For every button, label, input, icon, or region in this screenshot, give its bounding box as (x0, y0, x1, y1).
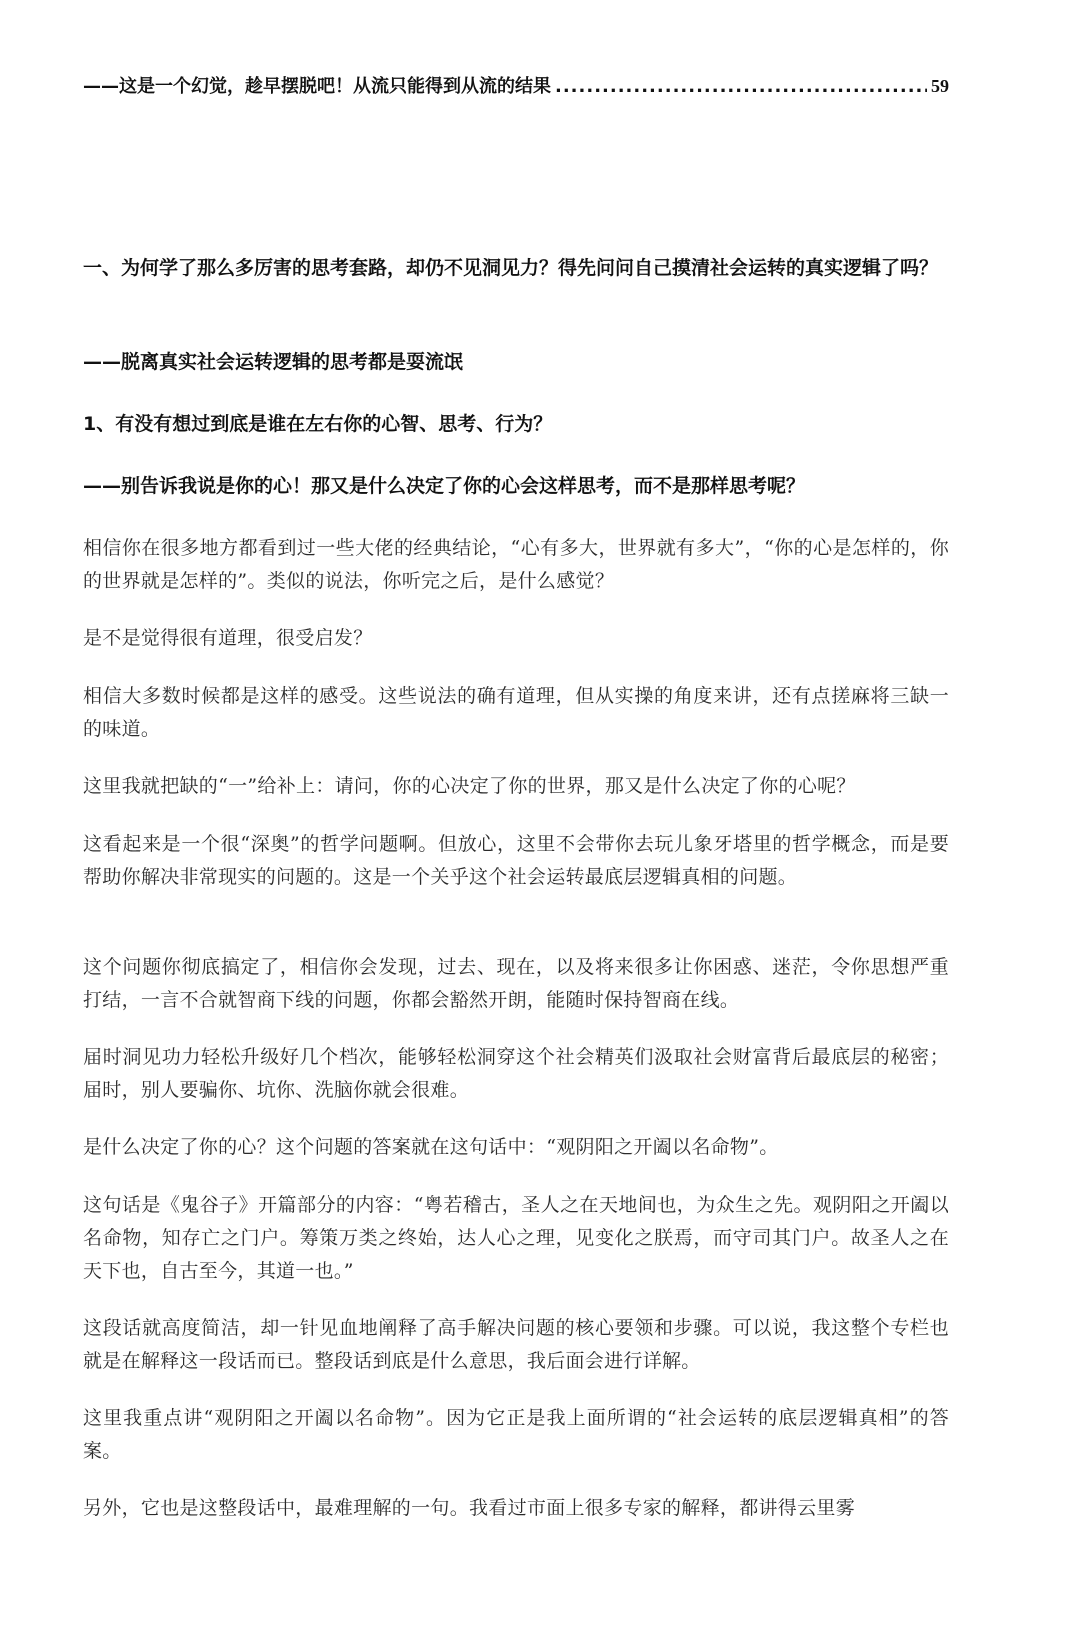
paragraph: 这句话是《鬼谷子》开篇部分的内容：“粤若稽古，圣人之在天地间也，为众生之先。观阴… (83, 1189, 949, 1288)
toc-entry-text: ——这是一个幻觉，趁早摆脱吧！从流只能得到从流的结果 (83, 72, 551, 98)
paragraph: 另外，它也是这整段话中，最难理解的一句。我看过市面上很多专家的解释，都讲得云里雾 (83, 1492, 949, 1525)
paragraph: 届时洞见功力轻松升级好几个档次，能够轻松洞穿这个社会精英们汲取社会财富背后最底层… (83, 1041, 949, 1107)
toc-leader-dots (555, 76, 927, 97)
toc-entry[interactable]: ——这是一个幻觉，趁早摆脱吧！从流只能得到从流的结果 59 (83, 72, 949, 98)
paragraph: 这里我重点讲“观阴阳之开阖以名命物”。因为它正是我上面所谓的“社会运转的底层逻辑… (83, 1402, 949, 1468)
subsection-subtitle: ——别告诉我说是你的心！那又是什么决定了你的心会这样思考，而不是那样思考呢？ (83, 470, 949, 503)
paragraph: 是不是觉得很有道理，很受启发？ (83, 622, 949, 655)
section-title: 一、为何学了那么多厉害的思考套路，却仍不见洞见力？得先问问自己摸清社会运转的真实… (83, 252, 949, 285)
paragraph: 是什么决定了你的心？这个问题的答案就在这句话中：“观阴阳之开阖以名命物”。 (83, 1131, 949, 1164)
section-subtitle: ——脱离真实社会运转逻辑的思考都是耍流氓 (83, 346, 949, 379)
paragraph: 这看起来是一个很“深奥”的哲学问题啊。但放心，这里不会带你去玩儿象牙塔里的哲学概… (83, 828, 949, 894)
document-page: ——这是一个幻觉，趁早摆脱吧！从流只能得到从流的结果 59 一、为何学了那么多厉… (0, 0, 1080, 1636)
paragraph: 这段话就高度简洁，却一针见血地阐释了高手解决问题的核心要领和步骤。可以说，我这整… (83, 1312, 949, 1378)
paragraph: 相信大多数时候都是这样的感受。这些说法的确有道理，但从实操的角度来讲，还有点搓麻… (83, 680, 949, 746)
subsection-title: 1、有没有想过到底是谁在左右你的心智、思考、行为？ (83, 408, 949, 441)
paragraph: 相信你在很多地方都看到过一些大佬的经典结论，“心有多大，世界就有多大”，“你的心… (83, 532, 949, 598)
paragraph: 这个问题你彻底搞定了，相信你会发现，过去、现在，以及将来很多让你困惑、迷茫，令你… (83, 951, 949, 1017)
toc-page-number: 59 (931, 76, 949, 97)
paragraph: 这里我就把缺的“一”给补上：请问，你的心决定了你的世界，那又是什么决定了你的心呢… (83, 770, 949, 803)
